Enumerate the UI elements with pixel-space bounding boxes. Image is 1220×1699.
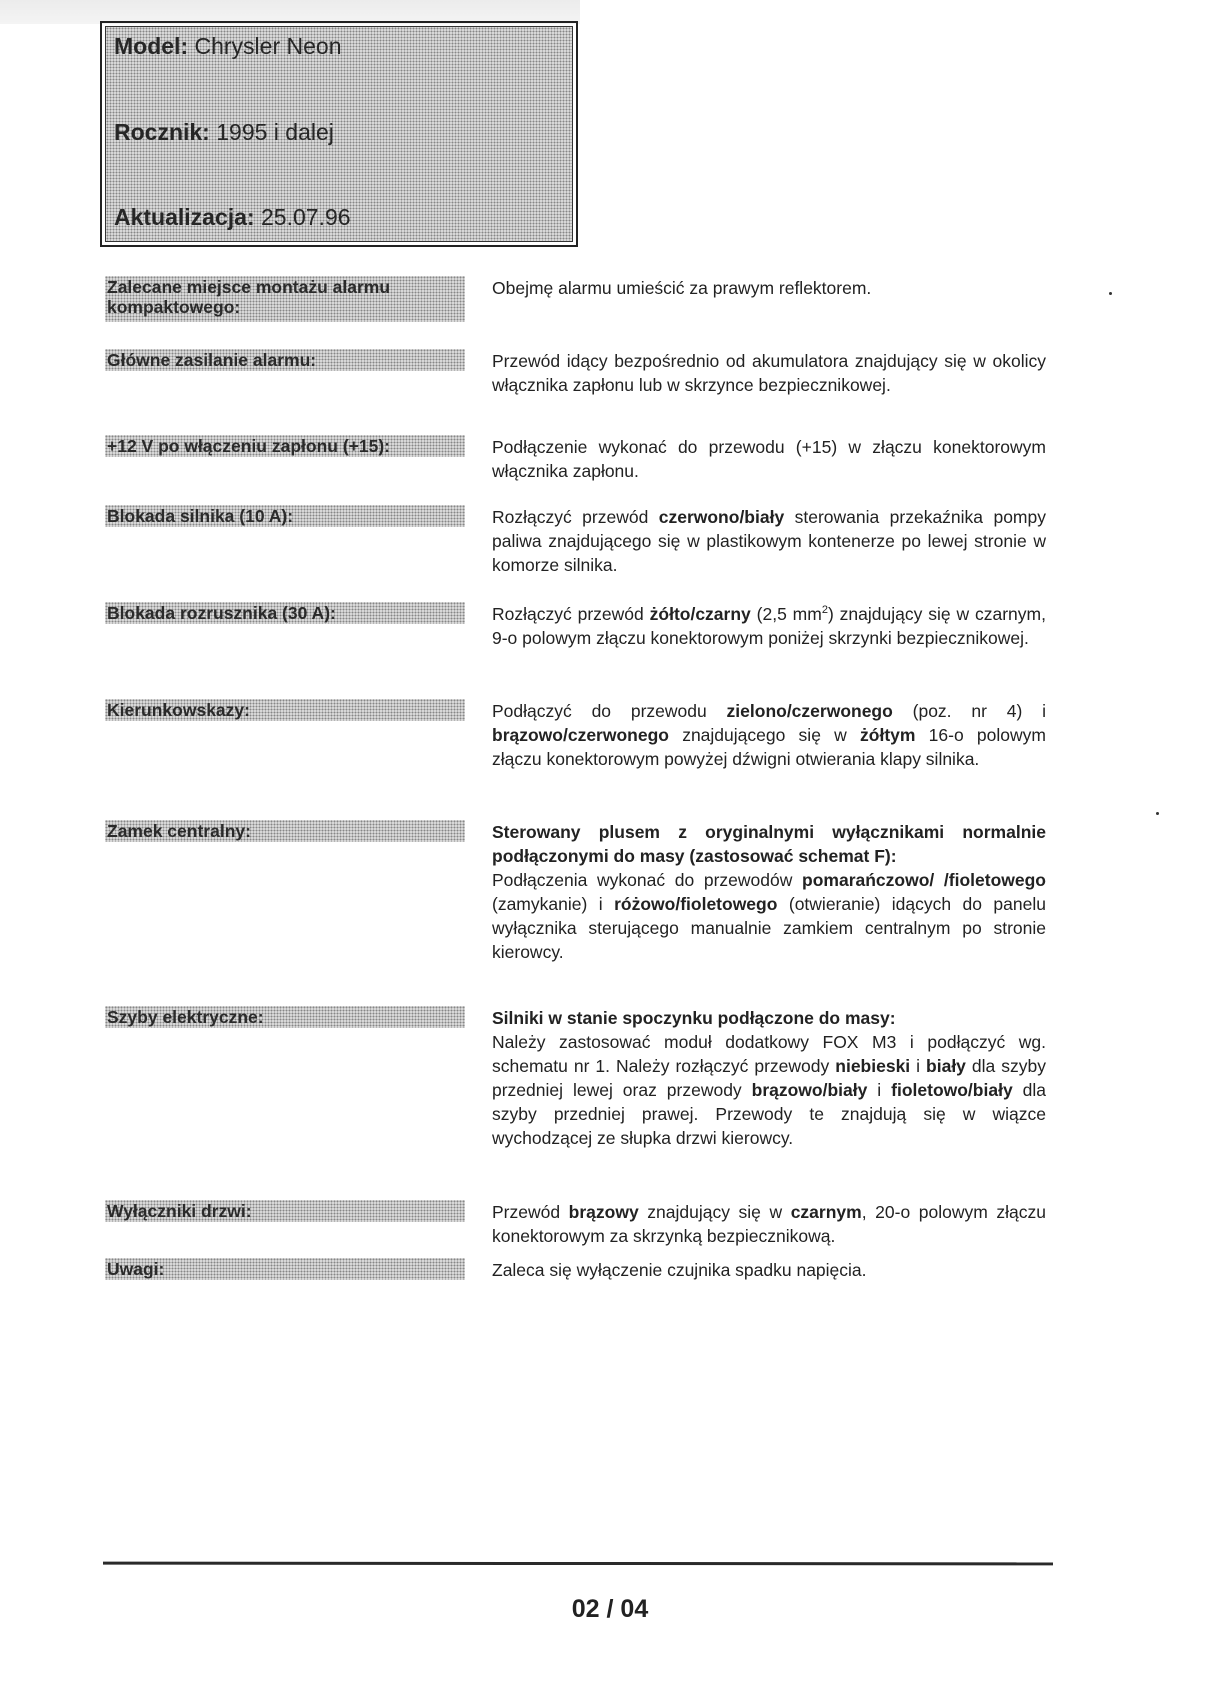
bold-wire-color: zielono/czerwonego	[727, 701, 893, 721]
text-run: Podłączyć do przewodu	[492, 701, 727, 721]
model-line: Model: Chrysler Neon	[114, 33, 342, 60]
text-run: i	[910, 1056, 926, 1076]
update-label: Aktualizacja:	[114, 204, 255, 230]
text-run: Przewód	[492, 1202, 569, 1222]
row-value-body: Należy zastosować moduł dodatkowy FOX M3…	[492, 1030, 1046, 1150]
row-value: Rozłączyć przewód żółto/czarny (2,5 mm2)…	[492, 602, 1046, 650]
scan-speck	[1156, 812, 1159, 815]
year-label: Rocznik:	[114, 119, 210, 145]
bold-wire-color: brązowo/biały	[752, 1080, 868, 1100]
row-value: Sterowany plusem z oryginalnymi wyłączni…	[492, 820, 1046, 964]
bold-wire-color: biały	[926, 1056, 966, 1076]
row-label: Zamek centralny:	[105, 820, 465, 842]
row-value: Przewód brązowy znajdujący się w czarnym…	[492, 1200, 1046, 1248]
bold-wire-color: czarnym	[791, 1202, 862, 1222]
model-value: Chrysler Neon	[195, 33, 342, 59]
vehicle-info-box: Model: Chrysler Neon Rocznik: 1995 i dal…	[100, 21, 578, 247]
row-label: Zalecane miejsce montażu alarmu kompakto…	[105, 276, 465, 322]
bold-wire-color: fioletowo/biały	[891, 1080, 1013, 1100]
bold-wire-color: żółto/czarny	[650, 604, 751, 624]
row-value: Rozłączyć przewód czerwono/biały sterowa…	[492, 505, 1046, 577]
bold-wire-color: brązowo/czerwonego	[492, 725, 669, 745]
scan-speck	[1109, 292, 1112, 295]
text-run: Rozłączyć przewód	[492, 604, 650, 624]
model-label: Model:	[114, 33, 188, 59]
row-value: Podłączenie wykonać do przewodu (+15) w …	[492, 435, 1046, 483]
row-label: +12 V po włączeniu zapłonu (+15):	[105, 435, 465, 457]
row-value: Przewód idący bezpośrednio od akumulator…	[492, 349, 1046, 397]
bold-wire-color: pomarańczowo/ /fioletowego	[802, 870, 1046, 890]
bold-wire-color: brązowy	[569, 1202, 639, 1222]
text-run: (2,5 mm	[751, 604, 822, 624]
text-run: Przewód idący bezpośrednio od akumulator…	[492, 351, 1046, 395]
bold-wire-color: niebieski	[835, 1056, 910, 1076]
text-run: (zamykanie) i	[492, 894, 614, 914]
row-label: Blokada rozrusznika (30 A):	[105, 602, 465, 624]
update-value: 25.07.96	[261, 204, 351, 230]
year-line: Rocznik: 1995 i dalej	[114, 119, 334, 146]
row-value: Podłączyć do przewodu zielono/czerwonego…	[492, 699, 1046, 771]
row-value: Obejmę alarmu umieścić za prawym reflekt…	[492, 276, 1046, 300]
row-value: Silniki w stanie spoczynku podłączone do…	[492, 1006, 1046, 1150]
page-number: 02 / 04	[0, 1595, 1220, 1624]
text-run: i	[867, 1080, 891, 1100]
row-label: Główne zasilanie alarmu:	[105, 349, 465, 371]
text-run: Rozłączyć przewód	[492, 507, 659, 527]
row-label: Blokada silnika (10 A):	[105, 505, 465, 527]
row-label: Szyby elektryczne:	[105, 1006, 465, 1028]
bold-wire-color: żółtym	[860, 725, 915, 745]
text-run: znajdujący się w	[639, 1202, 791, 1222]
text-run: Podłączenia wykonać do przewodów	[492, 870, 802, 890]
row-value-body: Podłączenia wykonać do przewodów pomarań…	[492, 868, 1046, 964]
row-value: Zaleca się wyłączenie czujnika spadku na…	[492, 1258, 1046, 1282]
row-label: Uwagi:	[105, 1258, 465, 1280]
bold-wire-color: czerwono/biały	[659, 507, 784, 527]
text-run: Podłączenie wykonać do przewodu (+15) w …	[492, 437, 1046, 481]
row-label: Wyłączniki drzwi:	[105, 1200, 465, 1222]
row-label: Kierunkowskazy:	[105, 699, 465, 721]
text-run: Obejmę alarmu umieścić za prawym reflekt…	[492, 278, 871, 298]
row-value-heading: Sterowany plusem z oryginalnymi wyłączni…	[492, 820, 1046, 868]
bold-wire-color: różowo/fioletowego	[614, 894, 777, 914]
footer-rule	[103, 1562, 1053, 1566]
update-line: Aktualizacja: 25.07.96	[114, 204, 351, 231]
vehicle-info-inner: Model: Chrysler Neon Rocznik: 1995 i dal…	[105, 26, 573, 242]
text-run: Zaleca się wyłączenie czujnika spadku na…	[492, 1260, 867, 1280]
text-run: (poz. nr 4) i	[893, 701, 1046, 721]
year-value: 1995 i dalej	[216, 119, 334, 145]
row-value-heading: Silniki w stanie spoczynku podłączone do…	[492, 1006, 1046, 1030]
text-run: znajdującego się w	[669, 725, 860, 745]
